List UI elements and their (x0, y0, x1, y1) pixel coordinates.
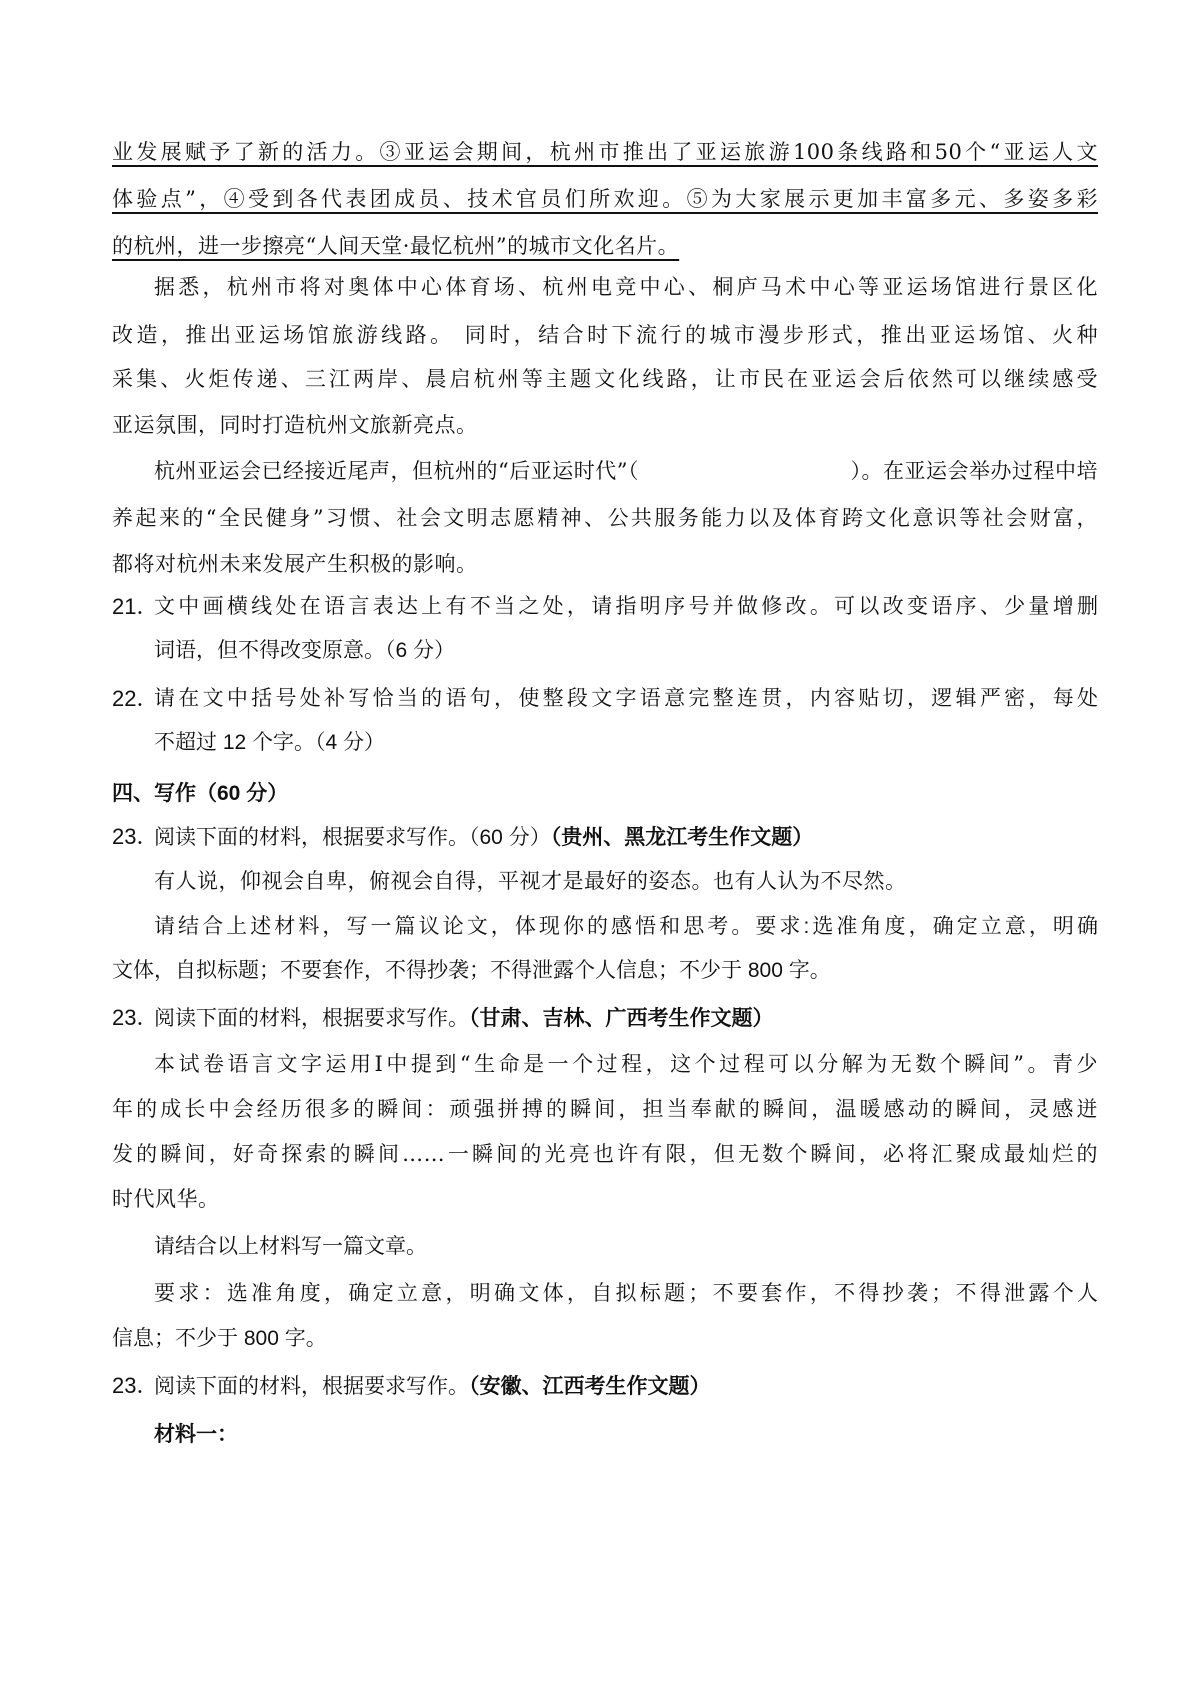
question-21-number: 21． (112, 592, 154, 622)
prompt-23-anhui-heading: 23．阅读下面的材料，根据要求写作。（安徽、江西考生作文题） (112, 1371, 711, 1402)
underlined-passage-line-2: 体验点”，④受到各代表团成员、技术官员们所欢迎。⑤为大家展示更加丰富多元、多姿多… (112, 184, 1098, 214)
paragraph-3-after-blank: ）。在亚运会举办过程中培 (850, 456, 1098, 486)
prompt-23-guizhou-requirement-line-2: 文体，自拟标题；不要套作，不得抄袭；不得泄露个人信息；不少于 800 字。 (112, 956, 831, 986)
fill-in-blank (704, 456, 786, 486)
prompt-intro: 阅读下面的材料，根据要求写作。（60 分） (154, 826, 551, 849)
prompt-23-guizhou-requirement-line-1: 请结合上述材料，写一篇议论文，体现你的感悟和思考。要求:选准角度，确定立意，明确 (154, 912, 1098, 942)
prompt-number: 23． (112, 822, 154, 852)
prompt-intro: 阅读下面的材料，根据要求写作。 (154, 1007, 469, 1030)
question-21: 21． 文中画横线处在语言表达上有不当之处，请指明序号并做修改。可以改变语序、少… (112, 592, 1098, 622)
question-21-text-line-2: 词语，但不得改变原意。（6 分） (154, 636, 455, 666)
prompt-23-guizhou-heading: 23．阅读下面的材料，根据要求写作。（60 分）（贵州、黑龙江考生作文题） (112, 822, 813, 853)
prompt-23-gansu-instruction: 请结合以上材料写一篇文章。 (154, 1232, 427, 1262)
paragraph-3-before-blank: 杭州亚运会已经接近尾声，但杭州的“后亚运时代”（ (154, 456, 639, 486)
prompt-23-gansu-material-line-2: 年的成长中会经历很多的瞬间：顽强拼搏的瞬间，担当奉献的瞬间，温暖感动的瞬间，灵感… (112, 1094, 1098, 1124)
prompt-number: 23． (112, 1003, 154, 1033)
paragraph-3-line-3: 都将对杭州未来发展产生积极的影响。 (112, 549, 478, 579)
paragraph-2-line-2: 改造，推出亚运场馆旅游线路。 同时，结合时下流行的城市漫步形式，推出亚运场馆、火… (112, 320, 1098, 350)
prompt-23-gansu-requirement-line-2: 信息；不少于 800 字。 (112, 1324, 327, 1354)
prompt-23-anhui-material-label: 材料一： (154, 1420, 238, 1450)
prompt-23-gansu-heading: 23．阅读下面的材料，根据要求写作。（甘肃、吉林、广西考生作文题） (112, 1003, 774, 1034)
paragraph-2-line-4: 亚运氛围，同时打造杭州文旅新亮点。 (112, 410, 478, 440)
paragraph-3-line-1: 杭州亚运会已经接近尾声，但杭州的“后亚运时代”（ ）。在亚运会举办过程中培 (154, 456, 1098, 486)
prompt-region-label: （安徽、江西考生作文题） (469, 1375, 711, 1398)
prompt-region-label: （贵州、黑龙江考生作文题） (551, 826, 814, 849)
prompt-intro: 阅读下面的材料，根据要求写作。 (154, 1375, 469, 1398)
prompt-23-gansu-material-line-4: 时代风华。 (112, 1184, 220, 1214)
prompt-number: 23． (112, 1371, 154, 1401)
underlined-passage-line-1: 业发展赋予了新的活力。③亚运会期间，杭州市推出了亚运旅游100条线路和50个“亚… (112, 137, 1098, 167)
question-22-text-line-1: 请在文中括号处补写恰当的语句，使整段文字语意完整连贯，内容贴切，逻辑严密，每处 (154, 684, 1098, 714)
section-title-writing: 四、写作（60 分） (112, 779, 288, 809)
question-22: 22． 请在文中括号处补写恰当的语句，使整段文字语意完整连贯，内容贴切，逻辑严密… (112, 684, 1098, 714)
exam-page: 业发展赋予了新的活力。③亚运会期间，杭州市推出了亚运旅游100条线路和50个“亚… (0, 0, 1200, 1698)
paragraph-2-line-3: 采集、火炬传递、三江两岸、晨启杭州等主题文化线路，让市民在亚运会后依然可以继续感… (112, 364, 1098, 394)
underlined-passage-line-3: 的杭州，进一步擦亮“人间天堂·最忆杭州”的城市文化名片。 (112, 231, 679, 261)
question-22-number: 22． (112, 684, 154, 714)
prompt-23-gansu-material-line-1: 本试卷语言文字运用Ⅰ中提到“生命是一个过程，这个过程可以分解为无数个瞬间”。青少 (154, 1049, 1098, 1079)
prompt-23-guizhou-material: 有人说，仰视会自卑，俯视会自得，平视才是最好的姿态。也有人认为不尽然。 (154, 866, 907, 896)
question-21-text-line-1: 文中画横线处在语言表达上有不当之处，请指明序号并做修改。可以改变语序、少量增删 (154, 592, 1098, 622)
prompt-region-label: （甘肃、吉林、广西考生作文题） (469, 1007, 774, 1030)
prompt-23-gansu-material-line-3: 发的瞬间，好奇探索的瞬间……一瞬间的光亮也许有限，但无数个瞬间，必将汇聚成最灿烂… (112, 1139, 1098, 1169)
prompt-23-gansu-requirement-line-1: 要求：选准角度，确定立意，明确文体，自拟标题；不要套作，不得抄袭；不得泄露个人 (154, 1279, 1098, 1309)
paragraph-3-line-2: 养起来的“全民健身”习惯、社会文明志愿精神、公共服务能力以及体育跨文化意识等社会… (112, 503, 1098, 533)
paragraph-2-line-1: 据悉，杭州市将对奥体中心体育场、杭州电竞中心、桐庐马术中心等亚运场馆进行景区化 (154, 272, 1098, 302)
question-22-text-line-2: 不超过 12 个字。（4 分） (154, 728, 385, 758)
